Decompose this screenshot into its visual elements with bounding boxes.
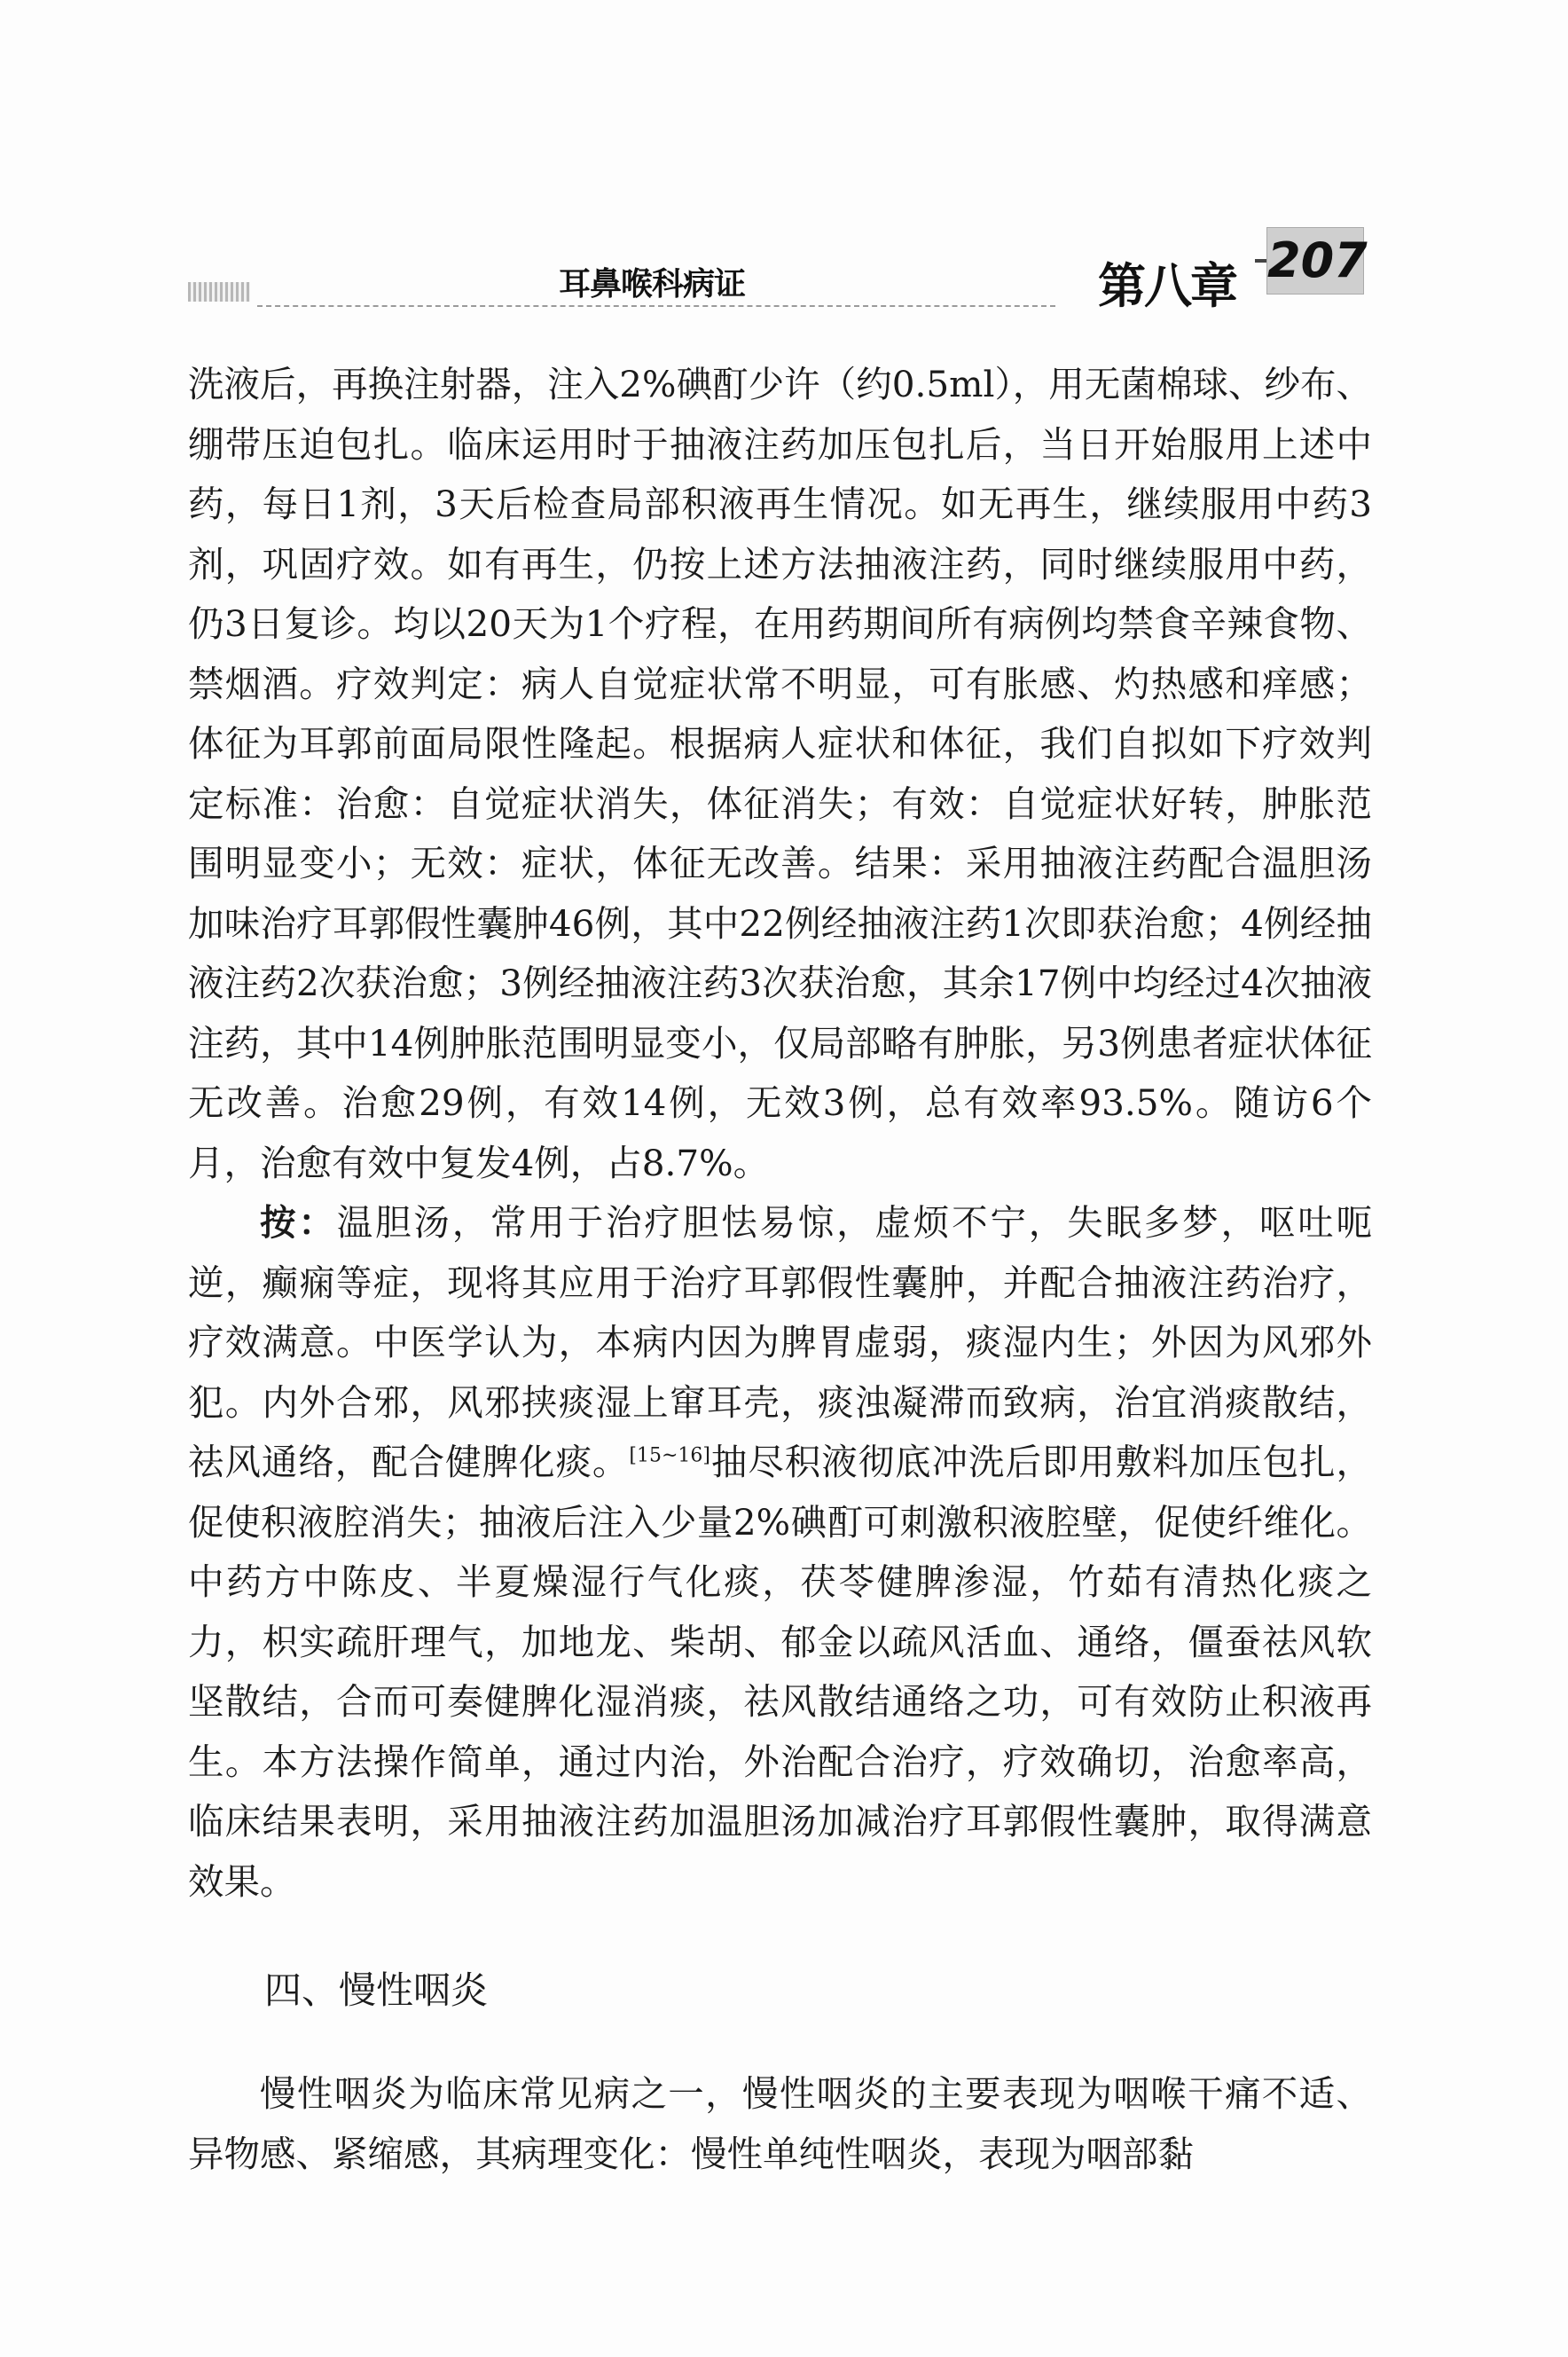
- body-text: 洗液后，再换注射器，注入2%碘酊少许（约0.5ml），用无菌棉球、纱布、绷带压迫…: [188, 355, 1372, 2184]
- section-heading: 四、慢性咽炎: [188, 1961, 1372, 2015]
- commentary-text-2: 抽尽积液彻底冲洗后即用敷料加压包扎，促使积液腔消失；抽液后注入少量2%碘酊可刺激…: [188, 1441, 1372, 1903]
- page-header: 耳鼻喉科病证 第八章 207: [0, 0, 1568, 319]
- paragraph-commentary: 按：温胆汤，常用于治疗胆怯易惊，虚烦不宁，失眠多梦，呕吐呃逆，癫痫等症，现将其应…: [188, 1193, 1372, 1912]
- header-mark: [188, 282, 250, 302]
- header-rule: [257, 305, 1055, 307]
- chapter-label: 第八章: [1098, 248, 1236, 317]
- section-paragraph: 慢性咽炎为临床常见病之一，慢性咽炎的主要表现为咽喉干痛不适、异物感、紧缩感，其病…: [188, 2064, 1372, 2184]
- paragraph-continued: 洗液后，再换注射器，注入2%碘酊少许（约0.5ml），用无菌棉球、纱布、绷带压迫…: [188, 355, 1372, 1193]
- citation-reference: [15~16]: [629, 1445, 710, 1467]
- page-number: 207: [1266, 227, 1364, 295]
- commentary-lead: 按：: [260, 1201, 337, 1244]
- running-title: 耳鼻喉科病证: [559, 259, 745, 304]
